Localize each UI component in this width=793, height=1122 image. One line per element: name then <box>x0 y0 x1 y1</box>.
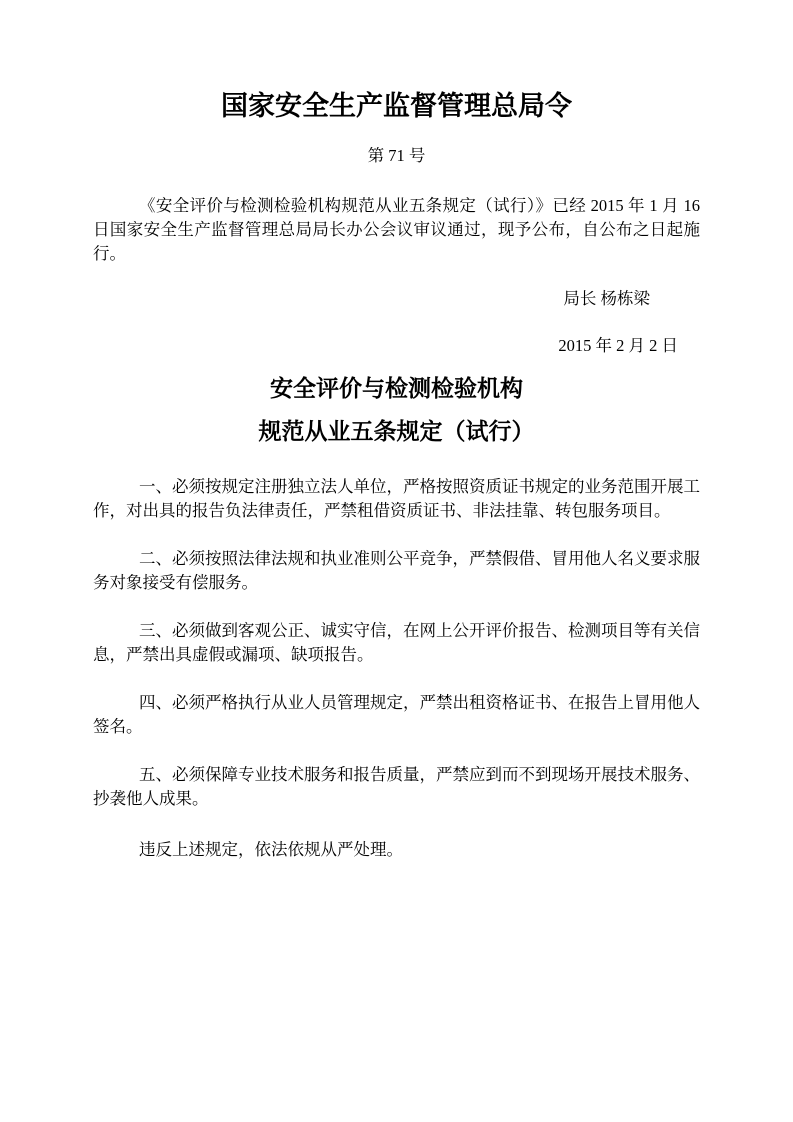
order-number: 第 71 号 <box>93 144 700 168</box>
document-title: 国家安全生产监督管理总局令 <box>93 88 700 124</box>
regulation-item-2: 二、必须按照法律法规和执业准则公平竞争，严禁假借、冒用他人名义要求服务对象接受有… <box>93 547 700 595</box>
regulation-item-3: 三、必须做到客观公正、诚实守信，在网上公开评价报告、检测项目等有关信息，严禁出具… <box>93 619 700 667</box>
closing-paragraph: 违反上述规定，依法依规从严处理。 <box>93 838 700 862</box>
regulation-item-4: 四、必须严格执行从业人员管理规定，严禁出租资格证书、在报告上冒用他人签名。 <box>93 691 700 739</box>
document-page: 国家安全生产监督管理总局令 第 71 号 《安全评价与检测检验机构规范从业五条规… <box>0 0 793 1122</box>
regulation-item-1: 一、必须按规定注册独立法人单位，严格按照资质证书规定的业务范围开展工作，对出具的… <box>93 475 700 523</box>
preamble-paragraph: 《安全评价与检测检验机构规范从业五条规定（试行）》已经 2015 年 1 月 1… <box>93 194 700 266</box>
regulation-title-line1: 安全评价与检测检验机构 <box>93 367 700 410</box>
regulation-title: 安全评价与检测检验机构 规范从业五条规定（试行） <box>93 367 700 453</box>
regulation-item-5: 五、必须保障专业技术服务和报告质量，严禁应到而不到现场开展技术服务、抄袭他人成果… <box>93 763 700 811</box>
regulation-title-line2: 规范从业五条规定（试行） <box>93 410 700 453</box>
signature-date: 2015 年 2 月 2 日 <box>93 334 700 358</box>
signature-name: 局长 杨栋梁 <box>93 287 700 311</box>
